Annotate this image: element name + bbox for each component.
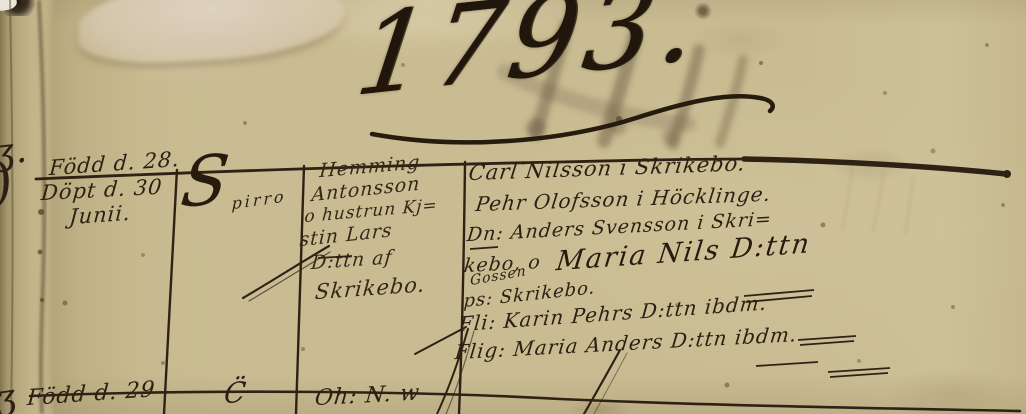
register-page: 1793. ʒ. ) ʒ Född d. 28. Döpt d. 30 Juni… — [0, 0, 1026, 414]
parents-fragment: Oh: N. w — [314, 382, 421, 410]
child-name-initial: C̈ — [223, 378, 249, 408]
child-name-initial: S — [178, 146, 234, 219]
month-line: Junii. — [69, 203, 132, 228]
